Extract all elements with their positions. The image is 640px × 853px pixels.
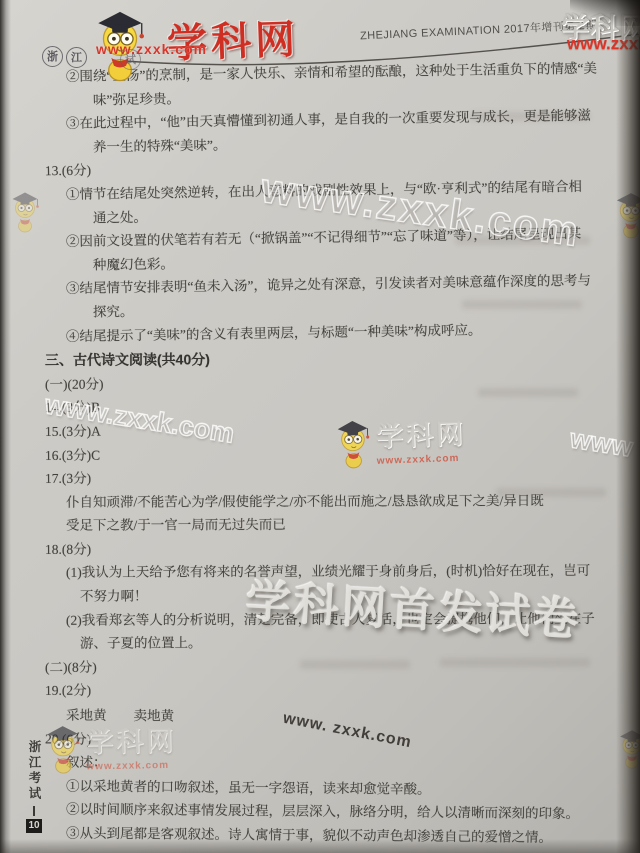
zxxk-logo-text: 学科网 (166, 8, 300, 70)
photo-edge-left (0, 0, 11, 853)
answer-line: (二)(8分) (0, 654, 630, 680)
sidebar-dash (33, 806, 35, 816)
answer-line: 16.(3分)C (0, 441, 630, 467)
watermark-brand-name: 学科网 (375, 412, 466, 454)
photo-edge-bottom (0, 839, 640, 853)
watermark-brand-low: 学科网 www.zxxk.com (44, 719, 177, 773)
sidebar: 浙江考试 10 (24, 740, 44, 833)
stamp-circle: 浙 (42, 46, 63, 67)
stamp-circle: 试 (120, 49, 141, 70)
answer-line: 受足下之教/于一官一局而无过失而已 (0, 512, 630, 538)
journal-name-vertical: 浙江考试 (25, 740, 43, 802)
answer-line: 三、古代诗文阅读(共40分) (0, 347, 630, 373)
page-header: 学科网 www.zxxk.com 浙 江 试 ZHEJIANG EXAMINAT… (0, 0, 640, 80)
answer-line: 仆自知顽滞/不能苦心为学/假使能学之/亦不能出而施之/恳恳欲成足下之美/异日既 (0, 488, 630, 514)
answer-line: (一)(20分) (0, 371, 630, 397)
answer-line: 17.(3分) (0, 465, 630, 491)
watermark-brand-url: www.zxxk.com (86, 760, 176, 773)
watermark-brand-mid: 学科网 www.zxxk.com (333, 412, 467, 469)
answer-line: 18.(8分) (0, 536, 630, 562)
stamp-circle: 江 (66, 47, 87, 68)
zxxk-logo-url: www.zxxk.com (96, 41, 207, 57)
zxxk-mascot-icon (333, 415, 373, 468)
answer-line: 19.(2分) (0, 677, 630, 703)
watermark-brand-name: 学科网 (86, 719, 177, 760)
zxxk-mascot-icon (44, 720, 83, 773)
photo-edge-right (616, 0, 640, 853)
page-number: 10 (26, 819, 42, 833)
exam-answer-page-photo: 学科网 www.zxxk.com 浙 江 试 ZHEJIANG EXAMINAT… (0, 0, 640, 853)
photo-corner-shadow (570, 0, 640, 26)
